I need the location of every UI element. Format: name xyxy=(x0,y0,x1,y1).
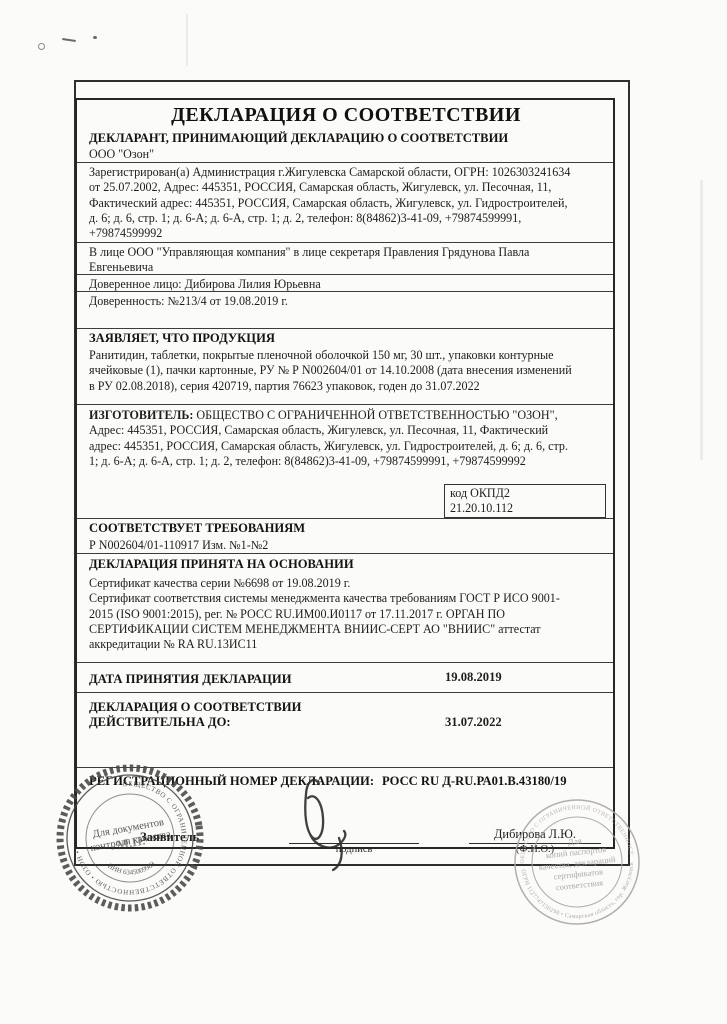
declarant-name: ООО "Озон" xyxy=(89,147,603,162)
okpd-code: 21.20.10.112 xyxy=(450,501,600,516)
scanned-declaration-page: ДЕКЛАРАЦИЯ О СООТВЕТСТВИИ ДЕКЛАРАНТ, ПРИ… xyxy=(0,0,727,1024)
okpd-code-box: код ОКПД2 21.20.10.112 xyxy=(444,484,606,518)
valid-until-label-line1: ДЕКЛАРАЦИЯ О СООТВЕТСТВИИ xyxy=(89,700,603,715)
adoption-date-label: ДАТА ПРИНЯТИЯ ДЕКЛАРАЦИИ xyxy=(89,672,292,686)
row-separator xyxy=(77,162,613,163)
scan-speck xyxy=(93,36,97,39)
manufacturer-label: ИЗГОТОВИТЕЛЬ: xyxy=(89,408,193,422)
signature-scribble xyxy=(295,768,365,878)
product-description: Ранитидин, таблетки, покрытые пленочной … xyxy=(89,348,603,394)
declarant-registration-text: Зарегистрирован(а) Администрация г.Жигул… xyxy=(89,165,603,241)
valid-until-label-line2: ДЕЙСТВИТЕЛЬНА ДО: xyxy=(89,715,603,730)
right-stamp-center-line: Для xyxy=(567,835,582,846)
scan-smudge xyxy=(700,180,703,460)
row-separator xyxy=(77,662,613,663)
row-separator xyxy=(77,692,613,693)
manufacturer-address: Адрес: 445351, РОССИЯ, Самарская область… xyxy=(89,423,603,469)
manufacturer-block: ИЗГОТОВИТЕЛЬ: ОБЩЕСТВО С ОГРАНИЧЕННОЙ ОТ… xyxy=(89,408,603,469)
left-stamp: ОБЩЕСТВО С ОГРАНИЧЕННОЙ ОТВЕТСТВЕННОСТЬЮ… xyxy=(50,758,210,918)
conforms-text: Р N002604/01-110917 Изм. №1-№2 xyxy=(89,538,603,553)
adoption-date-row: ДАТА ПРИНЯТИЯ ДЕКЛАРАЦИИ 19.08.2019 xyxy=(89,670,603,690)
row-separator xyxy=(77,404,613,405)
scan-speck xyxy=(62,38,76,42)
scan-speck xyxy=(38,43,45,50)
registration-number-value: РОСС RU Д-RU.РА01.В.43180/19 xyxy=(382,774,566,788)
row-separator xyxy=(77,242,613,243)
document-border-box: ДЕКЛАРАЦИЯ О СООТВЕТСТВИИ ДЕКЛАРАНТ, ПРИ… xyxy=(75,98,615,849)
power-of-attorney: Доверенность: №213/4 от 19.08.2019 г. xyxy=(89,294,603,309)
manufacturer-name: ОБЩЕСТВО С ОГРАНИЧЕННОЙ ОТВЕТСТВЕННОСТЬЮ… xyxy=(196,408,557,422)
conforms-heading: СООТВЕТСТВУЕТ ТРЕБОВАНИЯМ xyxy=(89,521,603,536)
declarant-heading: ДЕКЛАРАНТ, ПРИНИМАЮЩИЙ ДЕКЛАРАЦИЮ О СООТ… xyxy=(89,131,603,146)
basis-heading: ДЕКЛАРАЦИЯ ПРИНЯТА НА ОСНОВАНИИ xyxy=(89,557,603,572)
right-stamp: ОБЩЕСТВО С ОГРАНИЧЕННОЙ ОТВЕТСТВЕННОСТЬЮ… xyxy=(507,792,647,932)
page-title: ДЕКЛАРАЦИЯ О СООТВЕТСТВИИ xyxy=(89,104,603,127)
scan-smudge xyxy=(186,14,188,66)
row-separator xyxy=(77,553,613,554)
adoption-date-value: 19.08.2019 xyxy=(445,670,502,685)
row-separator xyxy=(77,328,613,329)
row-separator xyxy=(77,291,613,292)
declarant-representative-text: В лице ООО "Управляющая компания" в лице… xyxy=(89,245,603,276)
row-separator xyxy=(77,274,613,275)
basis-text: Сертификат качества серии №6698 от 19.08… xyxy=(89,576,603,652)
valid-until-value: 31.07.2022 xyxy=(445,715,502,730)
okpd-label: код ОКПД2 xyxy=(450,486,600,501)
attorney-person: Доверенное лицо: Дибирова Лилия Юрьевна xyxy=(89,277,603,292)
valid-until-row: ДЕКЛАРАЦИЯ О СООТВЕТСТВИИ ДЕЙСТВИТЕЛЬНА … xyxy=(89,700,603,734)
row-separator xyxy=(77,518,613,519)
product-heading: ЗАЯВЛЯЕТ, ЧТО ПРОДУКЦИЯ xyxy=(89,331,603,346)
